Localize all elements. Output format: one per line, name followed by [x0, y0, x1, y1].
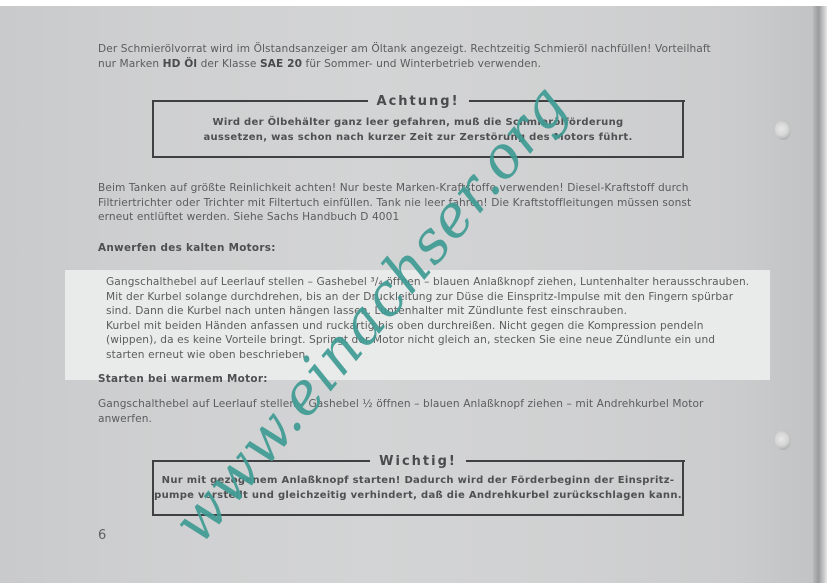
page-edge — [813, 6, 827, 583]
cold-line: starten erneut wie oben beschrieben. — [106, 348, 756, 363]
paragraph-oil: Der Schmierölvorrat wird im Ölstandsanze… — [98, 42, 753, 71]
cold-line: (wippen), da es keine Vorteile bringt. S… — [106, 333, 756, 348]
achtung-body: Wird der Ölbehälter ganz leer gefahren, … — [154, 115, 682, 145]
page-number: 6 — [98, 528, 106, 543]
oil-grade: SAE 20 — [260, 58, 302, 70]
achtung-title: Achtung! — [368, 94, 469, 109]
oil-brand: HD Öl — [163, 58, 198, 70]
oil-text-a: nur Marken — [98, 58, 163, 70]
paragraph-oil-line1: Der Schmierölvorrat wird im Ölstandsanze… — [98, 42, 753, 57]
achtung-line2: aussetzen, was schon nach kurzer Zeit zu… — [154, 130, 682, 145]
punch-hole-bottom — [775, 430, 791, 450]
rule-right — [466, 460, 685, 463]
cold-line: sind. Dann die Kurbel nach unten hängen … — [106, 304, 756, 319]
cold-line: Kurbel mit beiden Händen anfassen und ru… — [106, 319, 756, 334]
achtung-box: Achtung! Wird der Ölbehälter ganz leer g… — [152, 101, 684, 158]
rule-right — [469, 100, 685, 103]
oil-text-b: der Klasse — [197, 58, 260, 70]
oil-text-c: für Sommer- und Winterbetrieb verwenden. — [302, 58, 541, 70]
achtung-line1: Wird der Ölbehälter ganz leer gefahren, … — [154, 115, 682, 130]
rule-left — [152, 100, 368, 103]
warm-start-instructions: Gangschalthebel auf Leerlauf stellen – G… — [98, 397, 758, 426]
achtung-title-row: Achtung! — [152, 93, 685, 109]
heading-warm-start: Starten bei warmem Motor: — [98, 373, 268, 385]
warm-line1: Gangschalthebel auf Leerlauf stellen – G… — [98, 397, 758, 412]
punch-hole-top — [775, 120, 791, 140]
paragraph-oil-line2: nur Marken HD Öl der Klasse SAE 20 für S… — [98, 57, 753, 72]
heading-cold-start: Anwerfen des kalten Motors: — [98, 242, 276, 254]
wichtig-title: Wichtig! — [370, 454, 466, 469]
warm-line2: anwerfen. — [98, 412, 758, 427]
